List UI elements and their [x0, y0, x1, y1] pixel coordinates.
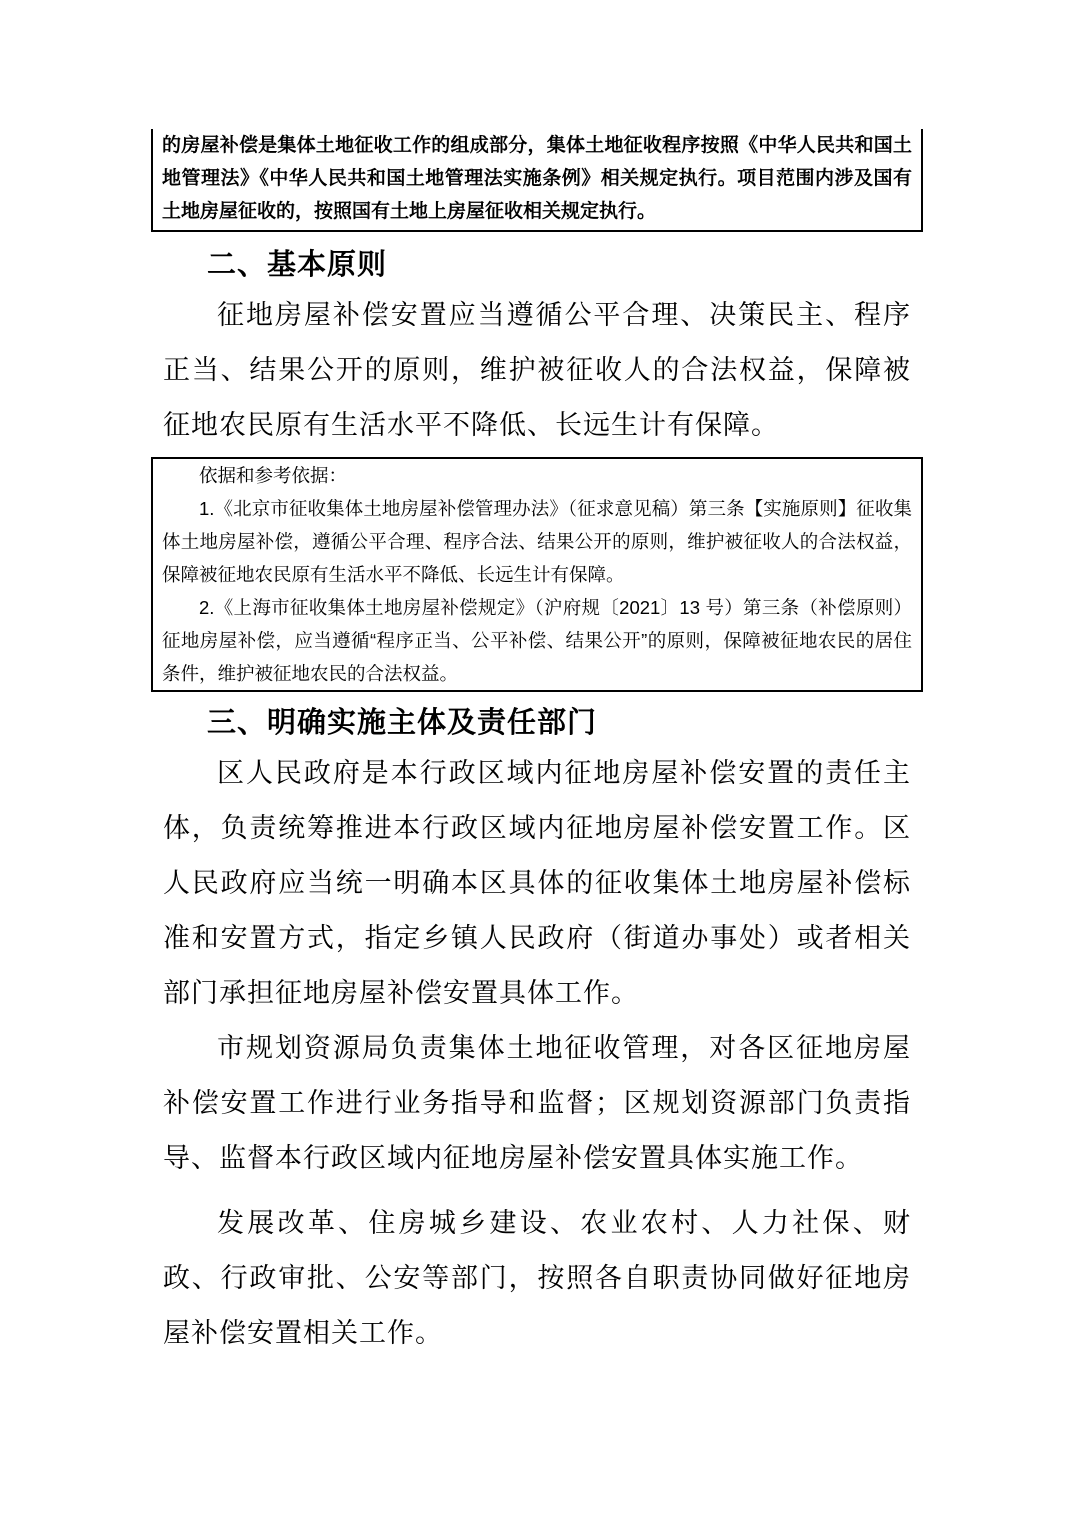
document-content: 的房屋补偿是集体土地征收工作的组成部分，集体土地征收程序按照《中华人民共和国土地… [151, 129, 923, 1361]
section-heading-responsibility: 三、明确实施主体及责任部门 [151, 700, 923, 746]
reference-box-title: 依据和参考依据： [162, 459, 912, 492]
document-page: 的房屋补偿是集体土地征收工作的组成部分，集体土地征收程序按照《中华人民共和国土地… [0, 0, 1074, 1520]
section-heading-basic-principles: 二、基本原则 [151, 242, 923, 288]
basic-principles-paragraph: 征地房屋补偿安置应当遵循公平合理、决策民主、程序正当、结果公开的原则，维护被征收… [151, 288, 923, 453]
responsibility-paragraph-planning-bureau: 市规划资源局负责集体土地征收管理，对各区征地房屋补偿安置工作进行业务指导和监督；… [151, 1021, 923, 1186]
responsibility-paragraph-district: 区人民政府是本行政区域内征地房屋补偿安置的责任主体，负责统筹推进本行政区域内征地… [151, 746, 923, 1021]
responsibility-paragraph-other-departments: 发展改革、住房城乡建设、农业农村、人力社保、财政、行政审批、公安等部门，按照各自… [151, 1196, 923, 1361]
reference-item-beijing: 1.《北京市征收集体土地房屋补偿管理办法》（征求意见稿）第三条【实施原则】征收集… [162, 492, 912, 591]
continued-note-box: 的房屋补偿是集体土地征收工作的组成部分，集体土地征收程序按照《中华人民共和国土地… [151, 129, 923, 232]
continued-note-text: 的房屋补偿是集体土地征收工作的组成部分，集体土地征收程序按照《中华人民共和国土地… [162, 129, 912, 228]
reference-note-box: 依据和参考依据： 1.《北京市征收集体土地房屋补偿管理办法》（征求意见稿）第三条… [151, 457, 923, 692]
reference-item-shanghai: 2.《上海市征收集体土地房屋补偿规定》（沪府规〔2021〕13 号）第三条（补偿… [162, 591, 912, 690]
